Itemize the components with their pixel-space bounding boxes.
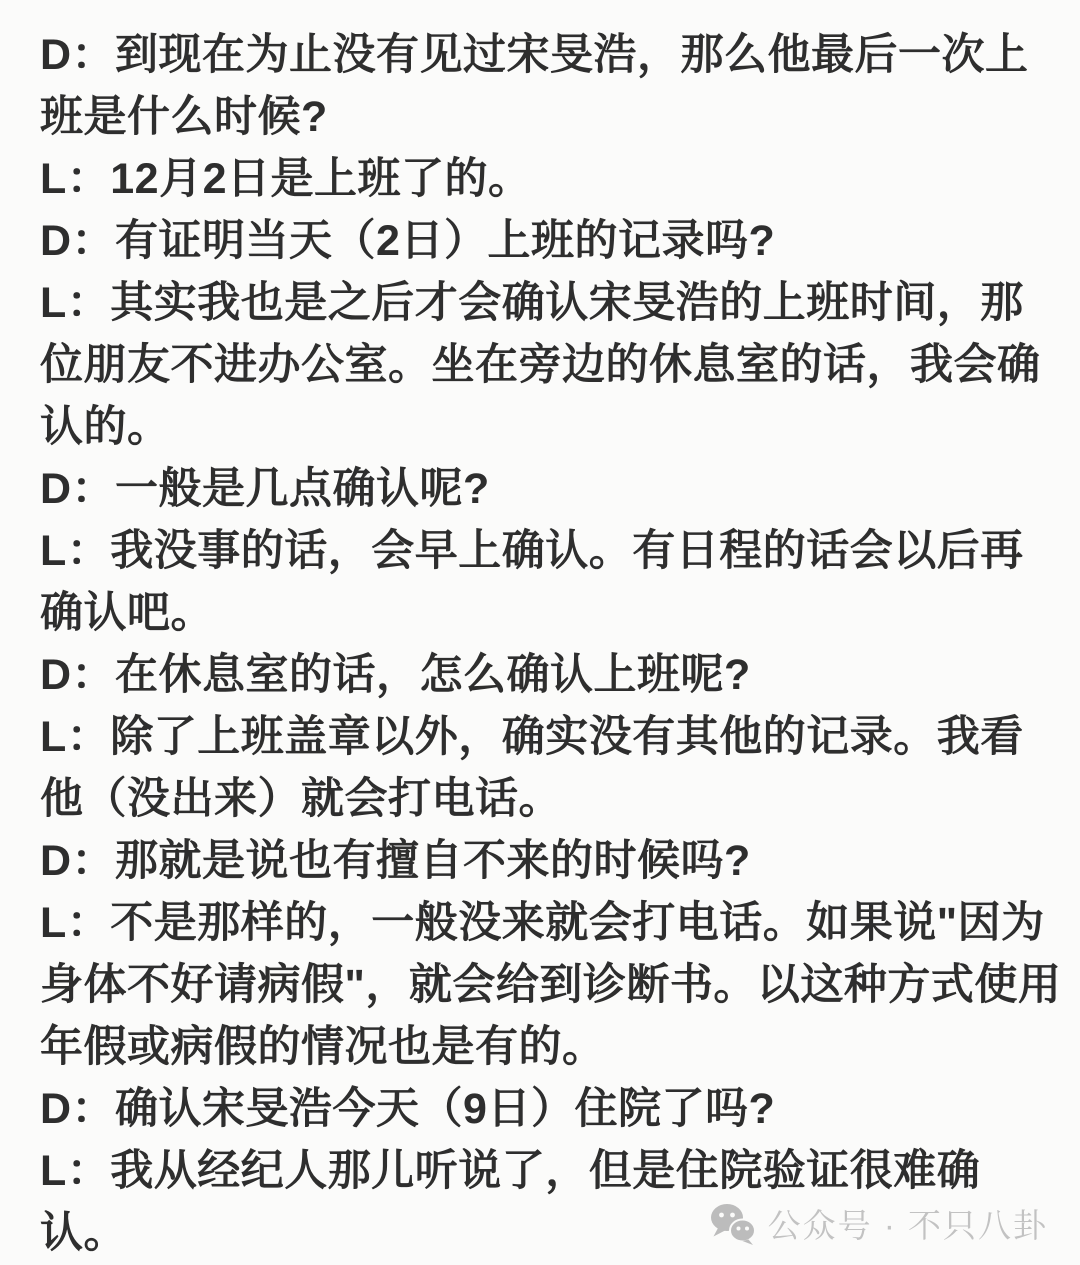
dialogue-line: D：到现在为止没有见过宋旻浩，那么他最后一次上: [40, 24, 1042, 86]
dialogue-line: D：那就是说也有擅自不来的时候吗?: [40, 830, 1042, 892]
dialogue-line: L：不是那样的，一般没来就会打电话。如果说"因为: [40, 892, 1042, 954]
dialogue-line: L：除了上班盖章以外，确实没有其他的记录。我看: [40, 706, 1042, 768]
dialogue-line: L：其实我也是之后才会确认宋旻浩的上班时间，那: [40, 272, 1042, 334]
dialogue-line: L：12月2日是上班了的。: [40, 148, 1042, 210]
dialogue-line: 确认吧。: [40, 582, 1042, 644]
dialogue-line: D：有证明当天（2日）上班的记录吗?: [40, 210, 1042, 272]
dialogue-transcript: D：到现在为止没有见过宋旻浩，那么他最后一次上 班是什么时候? L：12月2日是…: [0, 0, 1080, 1264]
dialogue-line: 认的。: [40, 396, 1042, 458]
dialogue-line: L：我没事的话，会早上确认。有日程的话会以后再: [40, 520, 1042, 582]
dialogue-line: D：确认宋旻浩今天（9日）住院了吗?: [40, 1078, 1042, 1140]
dialogue-line: 他（没出来）就会打电话。: [40, 768, 1042, 830]
watermark-text: 公众号 · 不只八卦: [768, 1200, 1048, 1247]
dialogue-line: 身体不好请病假"，就会给到诊断书。以这种方式使用: [40, 954, 1042, 1016]
dialogue-line: L：我从经纪人那儿听说了，但是住院验证很难确: [40, 1140, 1042, 1202]
watermark: 公众号 · 不只八卦: [710, 1200, 1048, 1247]
dialogue-line: 班是什么时候?: [40, 86, 1042, 148]
dialogue-line: 年假或病假的情况也是有的。: [40, 1016, 1042, 1078]
dialogue-line: D：一般是几点确认呢?: [40, 458, 1042, 520]
wechat-icon: [710, 1203, 756, 1245]
dialogue-line: D：在休息室的话，怎么确认上班呢?: [40, 644, 1042, 706]
dialogue-line: 位朋友不进办公室。坐在旁边的休息室的话，我会确: [40, 334, 1042, 396]
